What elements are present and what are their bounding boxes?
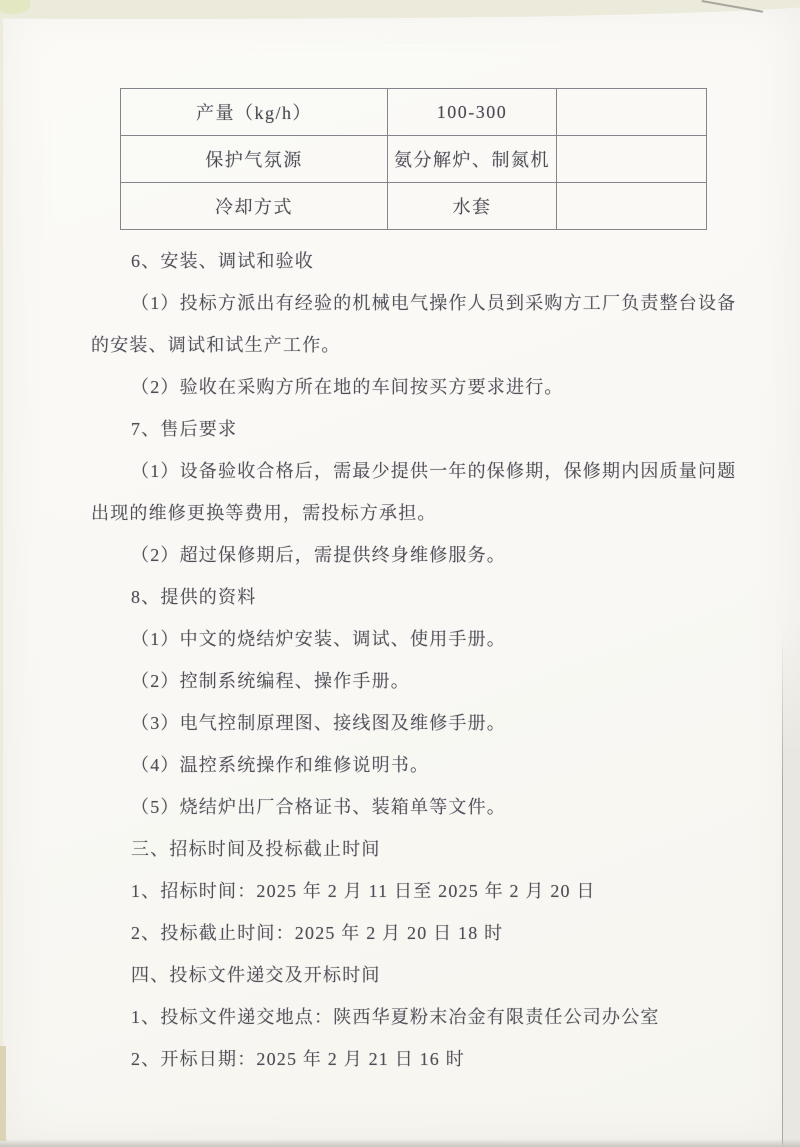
scan-artifact-bottom-edge: [0, 1139, 800, 1147]
spec-extra: [557, 136, 707, 183]
spec-label: 产量（kg/h）: [121, 89, 388, 136]
doc-line-section-7: 7、售后要求: [91, 408, 756, 450]
spec-label: 保护气氛源: [121, 136, 388, 183]
table-row: 保护气氛源 氨分解炉、制氮机: [121, 136, 707, 183]
spec-value: 氨分解炉、制氮机: [388, 136, 557, 183]
scan-artifact-left-edge: [0, 18, 3, 1128]
table-row: 冷却方式 水套: [121, 183, 707, 230]
doc-line: 2、投标截止时间：2025 年 2 月 20 日 18 时: [91, 912, 756, 954]
doc-line: （3）电气控制原理图、接线图及维修手册。: [91, 702, 756, 744]
spec-extra: [557, 89, 707, 136]
spec-extra: [557, 183, 707, 230]
doc-line-heading-4: 四、投标文件递交及开标时间: [91, 954, 756, 996]
document-body: 6、安装、调试和验收 （1）投标方派出有经验的机械电气操作人员到采购方工厂负责整…: [91, 240, 756, 1080]
doc-line: （1）中文的烧结炉安装、调试、使用手册。: [91, 618, 756, 660]
doc-line-wrap: 出现的维修更换等费用，需投标方承担。: [91, 492, 756, 534]
doc-line: 1、招标时间：2025 年 2 月 11 日至 2025 年 2 月 20 日: [91, 870, 756, 912]
doc-line: 2、开标日期：2025 年 2 月 21 日 16 时: [91, 1038, 756, 1080]
doc-line: （1）设备验收合格后，需最少提供一年的保修期，保修期内因质量问题: [91, 450, 756, 492]
scanned-document-page: 产量（kg/h） 100-300 保护气氛源 氨分解炉、制氮机 冷却方式 水套 …: [0, 0, 800, 1147]
scan-artifact-top-band: [0, 0, 800, 21]
doc-line: 1、投标文件递交地点：陕西华夏粉末冶金有限责任公司办公室: [91, 996, 756, 1038]
scan-artifact-right-shade: [783, 620, 800, 1147]
doc-line-section-8: 8、提供的资料: [91, 576, 756, 618]
spec-value: 水套: [388, 183, 557, 230]
doc-line-section-6: 6、安装、调试和验收: [91, 240, 756, 282]
doc-line: （4）温控系统操作和维修说明书。: [91, 744, 756, 786]
scan-artifact-bottom-left-edge: [0, 1046, 6, 1141]
doc-line: （2）控制系统编程、操作手册。: [91, 660, 756, 702]
doc-line: （5）烧结炉出厂合格证书、装箱单等文件。: [91, 786, 756, 828]
spec-label: 冷却方式: [121, 183, 388, 230]
doc-line: （2）验收在采购方所在地的车间按买方要求进行。: [91, 366, 756, 408]
doc-line: （1）投标方派出有经验的机械电气操作人员到采购方工厂负责整台设备: [91, 282, 756, 324]
table-row: 产量（kg/h） 100-300: [121, 89, 707, 136]
spec-value: 100-300: [388, 89, 557, 136]
doc-line-wrap: 的安装、调试和试生产工作。: [91, 324, 756, 366]
doc-line: （2）超过保修期后，需提供终身维修服务。: [91, 534, 756, 576]
spec-table: 产量（kg/h） 100-300 保护气氛源 氨分解炉、制氮机 冷却方式 水套: [120, 88, 707, 230]
doc-line-heading-3: 三、招标时间及投标截止时间: [91, 828, 756, 870]
scan-artifact-right-page-edge: [782, 630, 783, 1147]
